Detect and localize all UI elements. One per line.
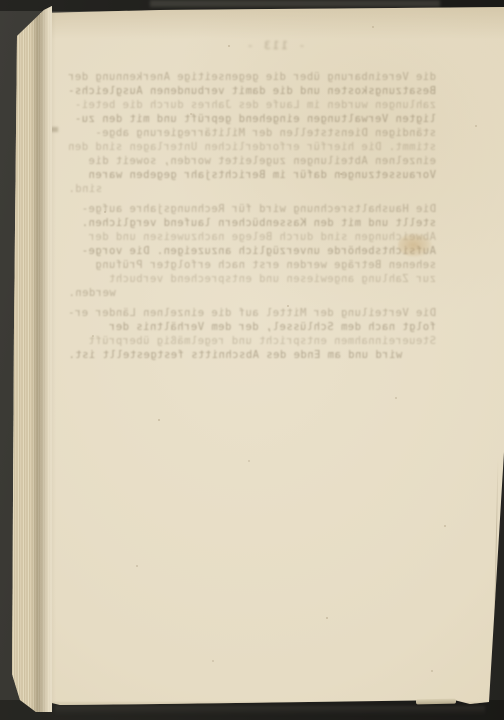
ghost-line: Besatzungskosten und die damit verbunden…	[68, 84, 436, 98]
ghost-line: zur Zahlung angewiesen und entsprechend …	[68, 272, 436, 286]
paper-stain	[398, 233, 432, 257]
paper-crease	[492, 457, 498, 701]
ghost-line: einzelnen Abteilungen zugeleitet worden,…	[68, 154, 436, 168]
ghost-paragraph: die Vereinbarung über die gegenseitige A…	[68, 70, 436, 196]
ghost-line: stimmt. Die hierfür erforderlichen Unter…	[68, 140, 436, 154]
ghost-line: sind.	[68, 182, 436, 196]
ghost-paragraph: Die Haushaltsrechnung wird für Rechnungs…	[68, 202, 436, 300]
ghost-line: zahlungen wurden im Laufe des Jahres dur…	[68, 98, 436, 112]
ghost-line: Steuereinnahmen entspricht und regelmäßi…	[68, 334, 436, 348]
ghost-line: die Vereinbarung über die gegenseitige A…	[68, 70, 436, 84]
ghost-line: Die Verteilung der Mittel auf die einzel…	[68, 306, 436, 320]
ghost-line: ständigen Dienststellen der Militärregie…	[68, 126, 436, 140]
ghost-paragraph: Die Verteilung der Mittel auf die einzel…	[68, 306, 436, 362]
page-number-ghost: - 113 -	[240, 39, 310, 52]
ghost-text-block: die Vereinbarung über die gegenseitige A…	[68, 70, 436, 368]
ghost-line: Aufsichtsbehörde unverzüglich anzuzeigen…	[68, 244, 436, 258]
ghost-line: Die Haushaltsrechnung wird für Rechnungs…	[68, 202, 436, 216]
background-top-sheen	[150, 0, 440, 7]
ghost-line: Abweichungen sind durch Belege nachzuwei…	[68, 230, 436, 244]
ghost-line: sehenen Beträge werden erst nach erfolgt…	[68, 258, 436, 272]
page-edge-sliver	[416, 699, 456, 705]
ghost-line: stellt und mit den Kassenbüchern laufend…	[68, 216, 436, 230]
ghost-line: ligten Verwaltungen eingehend geprüft un…	[68, 112, 436, 126]
ghost-line: Voraussetzungen dafür im Berichtsjahr ge…	[68, 168, 436, 182]
page-stack-edges	[8, 6, 52, 712]
book-page: - 113 - die Vereinbarung über die gegens…	[40, 5, 504, 708]
ghost-line: werden.	[68, 286, 436, 300]
scanned-book-photo: { "scene": { "description": "Photograph …	[0, 0, 504, 720]
ghost-line: wird und am Ende des Abschnitts festgest…	[68, 348, 436, 362]
ghost-line: folgt nach dem Schlüssel, der dem Verhäl…	[68, 320, 436, 334]
